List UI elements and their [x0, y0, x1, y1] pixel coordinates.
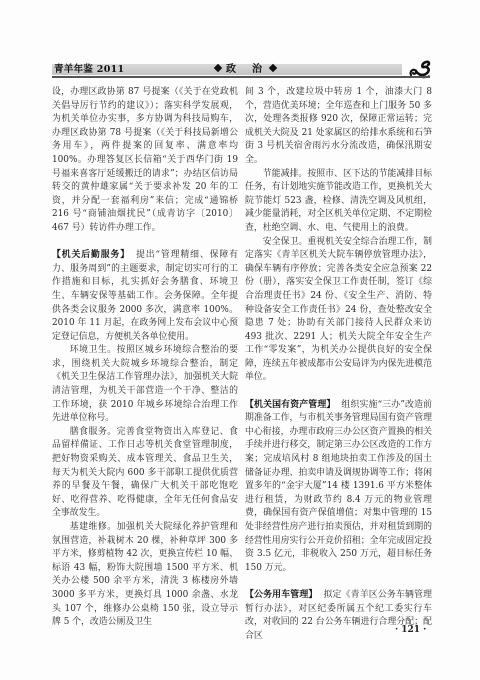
section-title: 政 治	[210, 63, 281, 76]
section-text: 提出“管理精细、保障有力、服务周到”的主题要求，制定切实可行的工作措施和目标，扎…	[52, 250, 238, 342]
section-heading: 【公务用车管理】	[245, 590, 317, 600]
document-page: 青羊年鉴 2011 政 治 设，办理区政协第 87 号提案（《关于在党政机关倡导…	[0, 0, 480, 680]
yearbook-title: 青羊年鉴 2011	[54, 63, 124, 76]
section-machine-logistics: 【机关后勤服务】提出“管理精细、保障有力、服务周到”的主题要求，制定切实可行的工…	[52, 249, 238, 344]
paragraph: 膳食服务。完善食堂物资出入库登记、食品留样備证、工作日志等机关食堂管理制度，把好…	[52, 426, 238, 521]
section-state-assets: 【机关国有资产管理】组织实施“三办”改造前期准备工作，与市机关事务管理局国有资产…	[245, 399, 432, 576]
section-official-vehicles: 【公务用车管理】拟定《青羊区公务车辆管理暂行办法》，对区纪委所属五个纪工委实行车…	[245, 589, 432, 643]
running-header: 青羊年鉴 2011 政 治	[52, 63, 430, 76]
paragraph: 节能减排。按照市、区下达的节能减排目标任务，有计划地实施节能改造工作，更换机关大…	[245, 168, 432, 236]
left-column: 设，办理区政协第 87 号提案（《关于在党政机关倡导厉行节约的建议》）；落实科学…	[52, 86, 238, 630]
diamond-icon	[214, 64, 222, 72]
paragraph: 环境卫生。按照区城乡环境综合整治的要求，围绕机关大院城乡环境综合整治，制定《机关…	[52, 344, 238, 426]
header-rule	[52, 76, 430, 78]
paragraph: 间 3 个，改建垃圾中转房 1 个，油漆大门 8 个，营造优美环境；全年巡查和上…	[245, 86, 432, 168]
section-label: 政 治	[226, 64, 265, 75]
section-text: 组织实施“三办”改造前期准备工作，与市机关事务管理局国有资产管理中心衔接，办理市…	[245, 400, 432, 573]
paragraph: 基建维修。加强机关大院绿化养护管理和氛围营造，补栽树木 20 棵，补种草坪 30…	[52, 521, 238, 630]
paragraph: 安全保卫。重视机关安全综合治理工作，制定落实《青羊区机关大院车辆停放管理办法》，…	[245, 236, 432, 386]
page-number: · 121 ·	[395, 625, 426, 635]
section-heading: 【机关后勤服务】	[52, 250, 130, 260]
diamond-icon	[269, 64, 277, 72]
paragraph: 设，办理区政协第 87 号提案（《关于在党政机关倡导厉行节约的建议》）；落实科学…	[52, 86, 238, 236]
right-column: 间 3 个，改建垃圾中转房 1 个，油漆大门 8 个，营造优美环境；全年巡查和上…	[245, 86, 432, 643]
section-heading: 【机关国有资产管理】	[245, 400, 335, 410]
